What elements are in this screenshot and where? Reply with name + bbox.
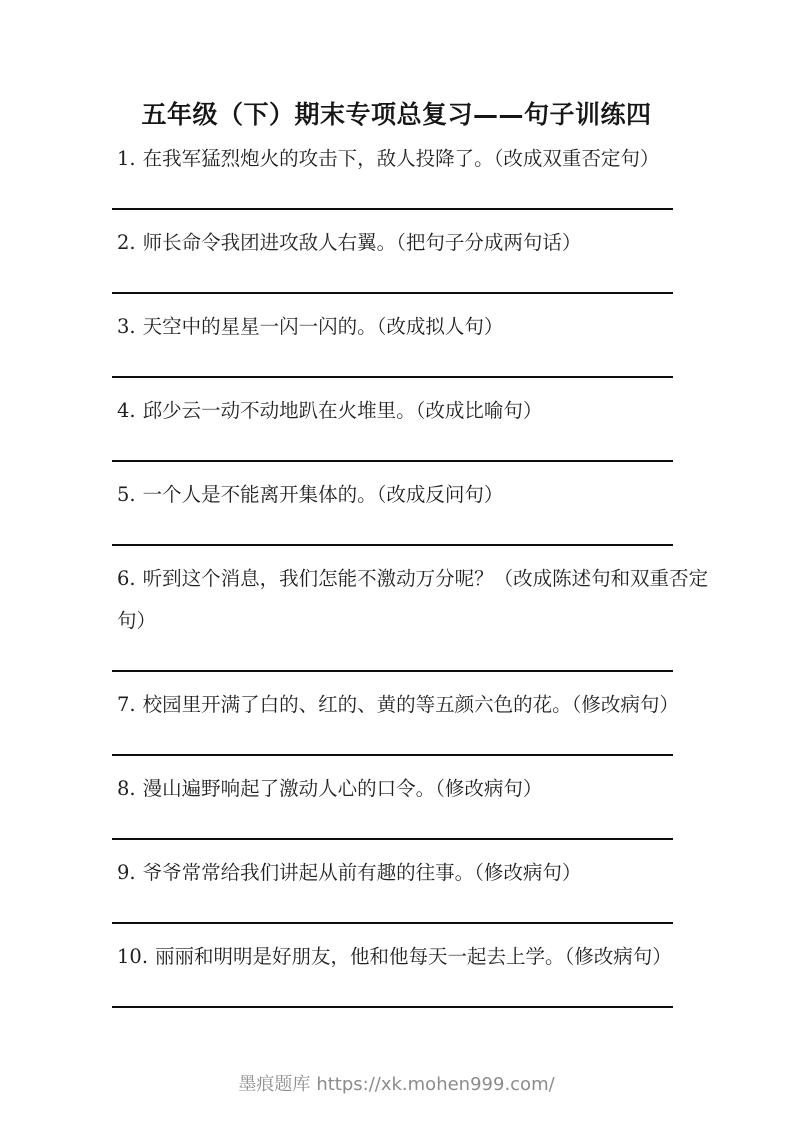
question-number: 3. bbox=[117, 315, 136, 338]
question-text: 6.听到这个消息，我们怎能不激动万分呢？（改成陈述句和双重否定句） bbox=[112, 558, 712, 642]
question-text: 3.天空中的星星一闪一闪的。（改成拟人句） bbox=[112, 306, 712, 348]
answer-line bbox=[112, 670, 673, 672]
answer-line bbox=[112, 838, 673, 840]
question-item-1: 1.在我军猛烈炮火的攻击下，敌人投降了。（改成双重否定句） bbox=[112, 138, 712, 210]
question-sentence: 一个人是不能离开集体的。（改成反问句） bbox=[143, 483, 504, 506]
question-number: 8. bbox=[117, 777, 136, 800]
question-item-5: 5.一个人是不能离开集体的。（改成反问句） bbox=[112, 474, 712, 546]
footer-url: https://xk.mohen999.com/ bbox=[316, 1074, 554, 1095]
worksheet-page: 五年级（下）期末专项总复习——句子训练四 1.在我军猛烈炮火的攻击下，敌人投降了… bbox=[0, 0, 793, 1122]
question-sentence: 校园里开满了白的、红的、黄的等五颜六色的花。（修改病句） bbox=[143, 693, 679, 716]
answer-line bbox=[112, 922, 673, 924]
answer-line bbox=[112, 460, 673, 462]
answer-line bbox=[112, 754, 673, 756]
question-text: 9.爷爷常常给我们讲起从前有趣的往事。（修改病句） bbox=[112, 852, 712, 894]
question-number: 9. bbox=[117, 861, 136, 884]
question-text: 4.邱少云一动不动地趴在火堆里。（改成比喻句） bbox=[112, 390, 712, 432]
question-text: 7.校园里开满了白的、红的、黄的等五颜六色的花。（修改病句） bbox=[112, 684, 712, 726]
question-item-9: 9.爷爷常常给我们讲起从前有趣的往事。（修改病句） bbox=[112, 852, 712, 924]
question-item-4: 4.邱少云一动不动地趴在火堆里。（改成比喻句） bbox=[112, 390, 712, 462]
question-sentence: 丽丽和明明是好朋友，他和他每天一起去上学。（修改病句） bbox=[155, 945, 672, 968]
question-text: 1.在我军猛烈炮火的攻击下，敌人投降了。（改成双重否定句） bbox=[112, 138, 712, 180]
question-sentence: 师长命令我团进攻敌人右翼。（把句子分成两句话） bbox=[143, 231, 582, 254]
footer: 墨痕题库https://xk.mohen999.com/ bbox=[0, 1070, 793, 1096]
question-item-10: 10.丽丽和明明是好朋友，他和他每天一起去上学。（修改病句） bbox=[112, 936, 712, 1008]
question-number: 4. bbox=[117, 399, 136, 422]
question-text: 5.一个人是不能离开集体的。（改成反问句） bbox=[112, 474, 712, 516]
question-number: 1. bbox=[117, 147, 136, 170]
page-title: 五年级（下）期末专项总复习——句子训练四 bbox=[0, 96, 793, 134]
question-item-7: 7.校园里开满了白的、红的、黄的等五颜六色的花。（修改病句） bbox=[112, 684, 712, 756]
question-number: 6. bbox=[117, 567, 136, 590]
question-item-6: 6.听到这个消息，我们怎能不激动万分呢？（改成陈述句和双重否定句） bbox=[112, 558, 712, 672]
question-number: 10. bbox=[117, 945, 148, 968]
question-number: 2. bbox=[117, 231, 136, 254]
answer-line bbox=[112, 376, 673, 378]
question-sentence: 漫山遍野响起了激动人心的口令。（修改病句） bbox=[143, 777, 543, 800]
question-item-8: 8.漫山遍野响起了激动人心的口令。（修改病句） bbox=[112, 768, 712, 840]
question-text: 2.师长命令我团进攻敌人右翼。（把句子分成两句话） bbox=[112, 222, 712, 264]
answer-line bbox=[112, 208, 673, 210]
question-item-3: 3.天空中的星星一闪一闪的。（改成拟人句） bbox=[112, 306, 712, 378]
question-sentence: 天空中的星星一闪一闪的。（改成拟人句） bbox=[143, 315, 504, 338]
question-sentence: 在我军猛烈炮火的攻击下，敌人投降了。（改成双重否定句） bbox=[143, 147, 660, 170]
question-text: 10.丽丽和明明是好朋友，他和他每天一起去上学。（修改病句） bbox=[112, 936, 712, 978]
answer-line bbox=[112, 292, 673, 294]
question-sentence: 邱少云一动不动地趴在火堆里。（改成比喻句） bbox=[143, 399, 543, 422]
question-list: 1.在我军猛烈炮火的攻击下，敌人投降了。（改成双重否定句） 2.师长命令我团进攻… bbox=[112, 138, 712, 1008]
question-sentence: 听到这个消息，我们怎能不激动万分呢？（改成陈述句和双重否定句） bbox=[117, 567, 708, 632]
answer-line bbox=[112, 1006, 673, 1008]
question-number: 5. bbox=[117, 483, 136, 506]
question-item-2: 2.师长命令我团进攻敌人右翼。（把句子分成两句话） bbox=[112, 222, 712, 294]
answer-line bbox=[112, 544, 673, 546]
question-text: 8.漫山遍野响起了激动人心的口令。（修改病句） bbox=[112, 768, 712, 810]
question-sentence: 爷爷常常给我们讲起从前有趣的往事。（修改病句） bbox=[143, 861, 582, 884]
footer-site-name: 墨痕题库 bbox=[238, 1074, 310, 1095]
question-number: 7. bbox=[117, 693, 136, 716]
